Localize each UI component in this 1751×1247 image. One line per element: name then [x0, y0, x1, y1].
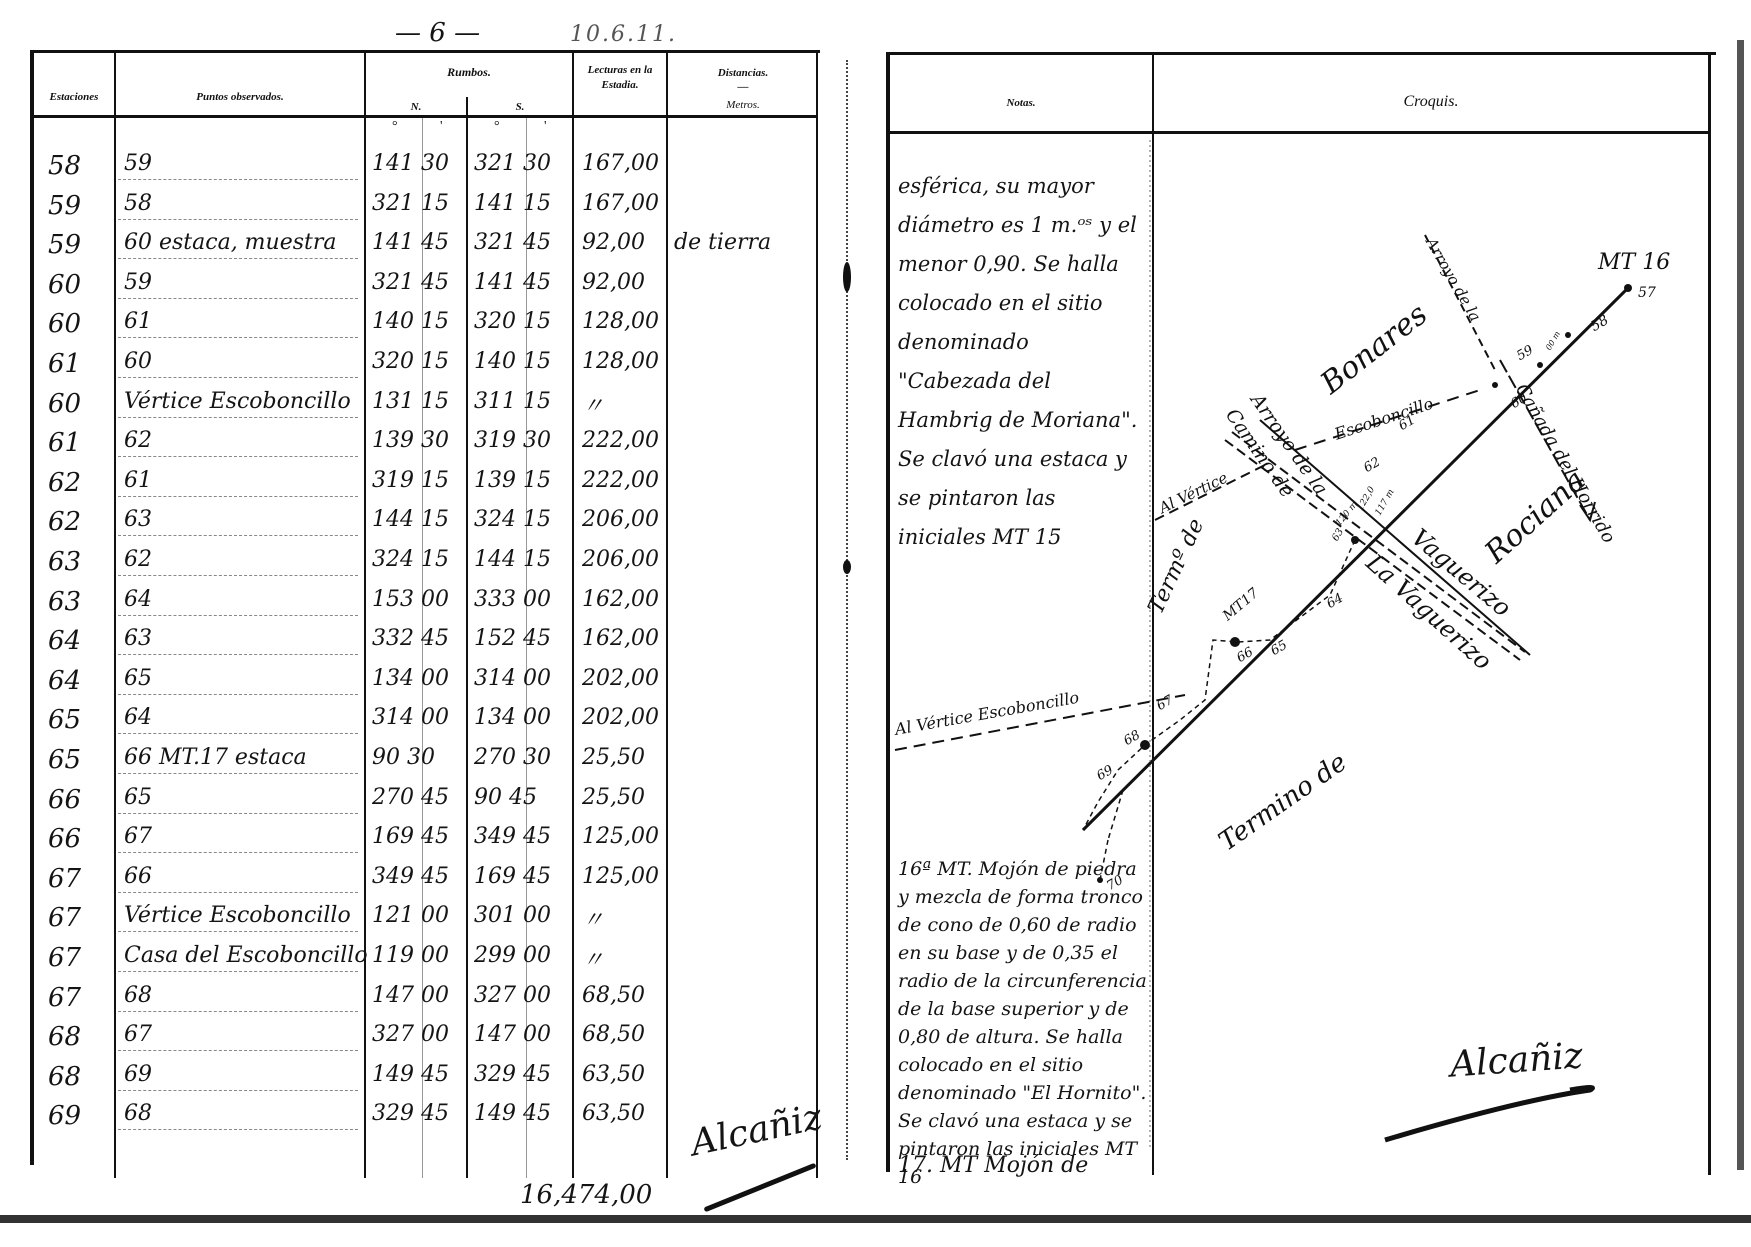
label-mt16: MT 16 — [1598, 250, 1670, 275]
station-label: 57 — [1638, 285, 1656, 301]
page-edge — [1737, 40, 1744, 1170]
sketch-map: MT 16 MT17 Arroyo de la Bonares Escobonc… — [0, 0, 1751, 1247]
page-bottom-edge — [0, 1215, 1751, 1223]
